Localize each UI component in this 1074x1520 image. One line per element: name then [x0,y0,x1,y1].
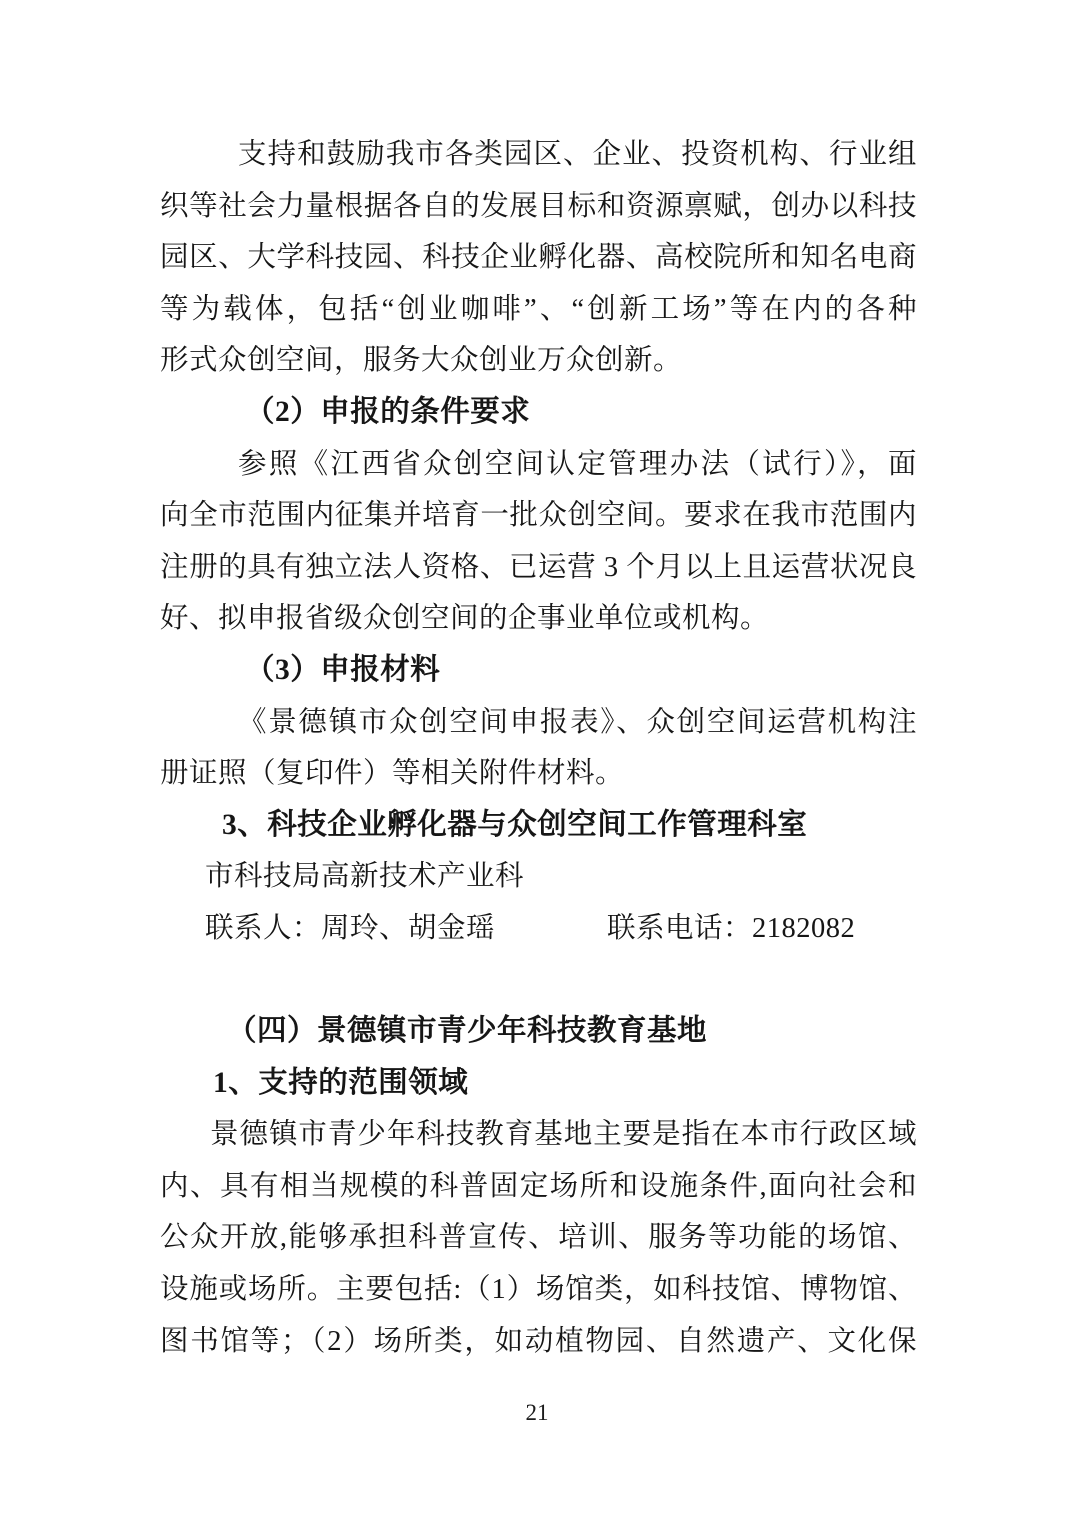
heading-line: 3、科技企业孵化器与众创空间工作管理科室 [160,800,917,852]
paragraph-line: 织等社会力量根据各自的发展目标和资源禀赋，创办以科技 [160,181,917,233]
paragraph-last-line: 好、拟申报省级众创空间的企事业单位或机构。 [160,593,917,645]
paragraph-line: 设施或场所。主要包括:（1）场馆类，如科技馆、博物馆、 [160,1264,917,1316]
blank-line [160,955,917,1007]
heading-line: （四）景德镇市青少年科技教育基地 [160,1006,917,1058]
paragraph-last-line: 形式众创空间，服务大众创业万众创新。 [160,335,917,387]
heading-line: 1、支持的范围领域 [160,1058,917,1110]
contact-line: 联系人：周玲、胡金瑶联系电话：2182082 [160,903,917,955]
document-text-block: 支持和鼓励我市各类园区、企业、投资机构、行业组织等社会力量根据各自的发展目标和资… [160,129,917,1367]
paragraph-line: 注册的具有独立法人资格、已运营 3 个月以上且运营状况良 [160,542,917,594]
paragraph-line: 公众开放,能够承担科普宣传、培训、服务等功能的场馆、 [160,1212,917,1264]
paragraph-first-line: 《景德镇市众创空间申报表》、众创空间运营机构注 [160,697,917,749]
paragraph-line: 等为载体，包括“创业咖啡”、“创新工场”等在内的各种 [160,284,917,336]
paragraph-line: 园区、大学科技园、科技企业孵化器、高校院所和知名电商 [160,232,917,284]
document-page: 支持和鼓励我市各类园区、企业、投资机构、行业组织等社会力量根据各自的发展目标和资… [0,0,1074,1520]
contact-phone: 联系电话：2182082 [607,913,855,944]
paragraph-line: 向全市范围内征集并培育一批众创空间。要求在我市范围内 [160,490,917,542]
info-line: 市科技局高新技术产业科 [160,851,917,903]
contact-person: 联系人：周玲、胡金瑶 [205,913,495,944]
paragraph-line: 图书馆等；（2）场所类，如动植物园、自然遗产、文化保 [160,1316,917,1368]
paragraph-last-line: 册证照（复印件）等相关附件材料。 [160,748,917,800]
paragraph-line: 内、具有相当规模的科普固定场所和设施条件,面向社会和 [160,1161,917,1213]
heading-line: （2）申报的条件要求 [160,387,917,439]
paragraph-first-line: 景德镇市青少年科技教育基地主要是指在本市行政区域 [160,1109,917,1161]
heading-line: （3）申报材料 [160,645,917,697]
paragraph-first-line: 参照《江西省众创空间认定管理办法（试行）》，面 [160,439,917,491]
paragraph-first-line: 支持和鼓励我市各类园区、企业、投资机构、行业组 [160,129,917,181]
page-number: 21 [0,1398,1074,1428]
